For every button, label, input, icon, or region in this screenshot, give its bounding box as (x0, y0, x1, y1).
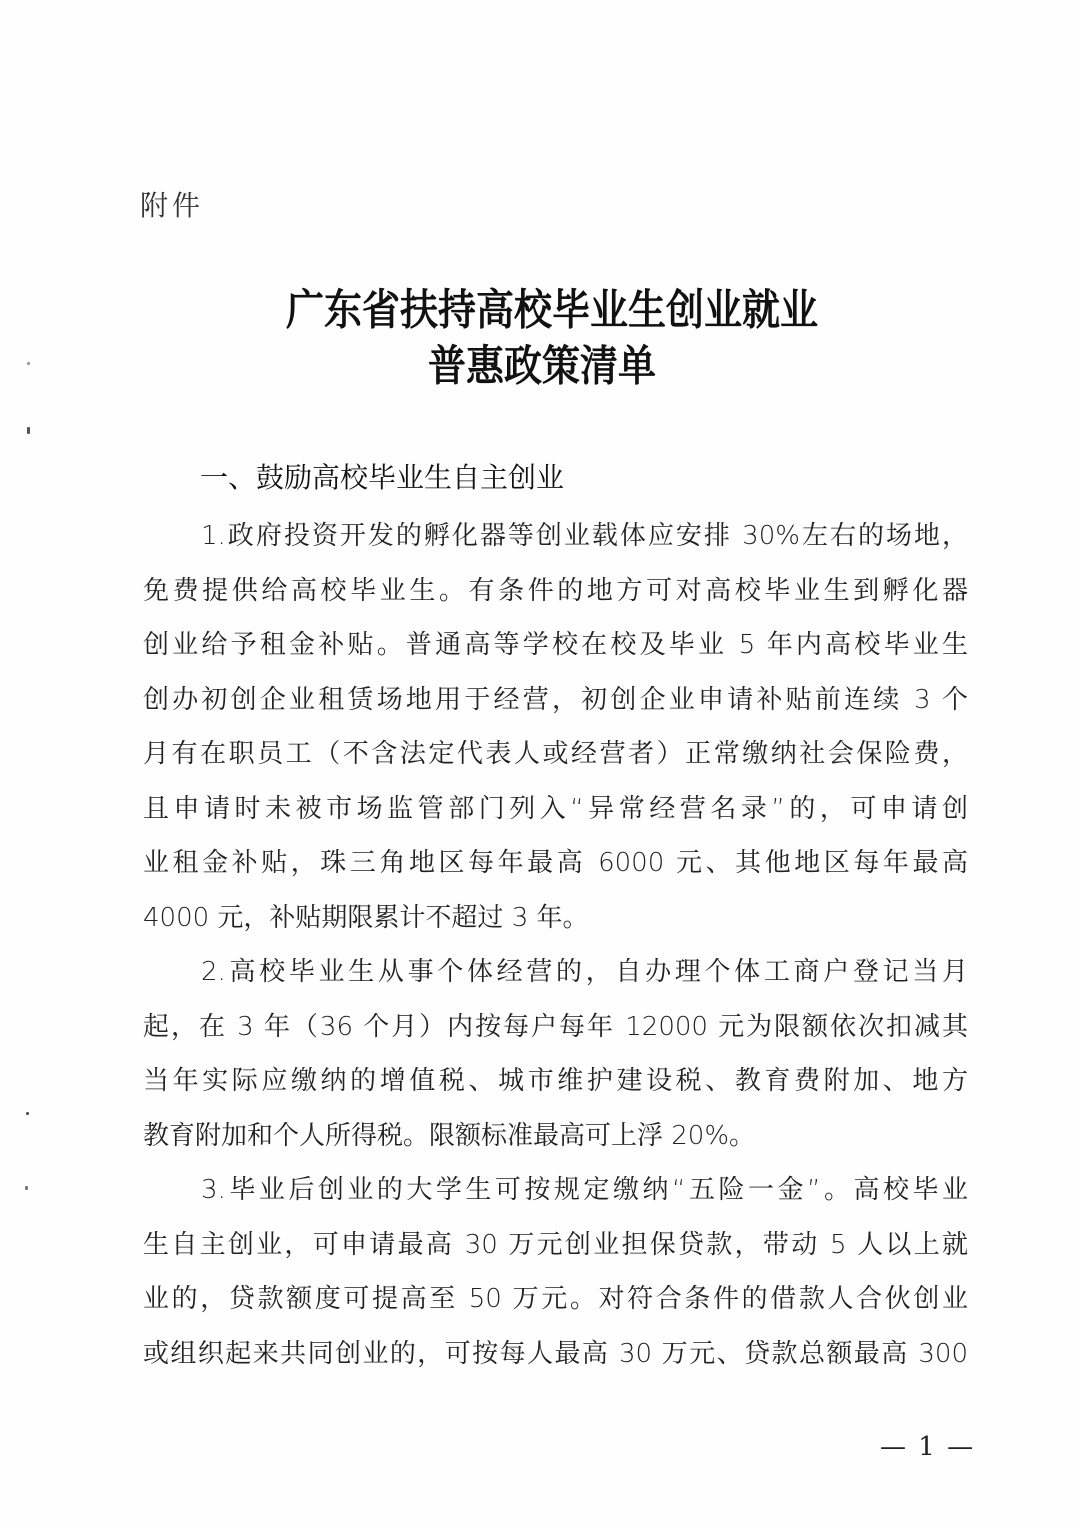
paragraph-line: 免费提供给高校毕业生。有条件的地方可对高校毕业生到孵化器 (143, 564, 968, 619)
paragraph-line: 2.高校毕业生从事个体经营的，自办理个体工商户登记当月 (143, 945, 968, 1000)
paragraph-line: 起，在 3 年（36 个月）内按每户每年 12000 元为限额依次扣减其 (143, 1000, 968, 1055)
paragraph-line: 或组织起来共同创业的，可按每人最高 30 万元、贷款总额最高 300 (143, 1327, 968, 1382)
paragraph-2: 2.高校毕业生从事个体经营的，自办理个体工商户登记当月 起，在 3 年（36 个… (143, 945, 968, 1163)
paragraph-line: 业租金补贴，珠三角地区每年最高 6000 元、其他地区每年最高 (143, 836, 968, 891)
paragraph-line: 创办初创企业租赁场地用于经营，初创企业申请补贴前连续 3 个 (143, 673, 968, 728)
paragraph-line: 业的，贷款额度可提高至 50 万元。对符合条件的借款人合伙创业 (143, 1272, 968, 1327)
paragraph-line: 创业给予租金补贴。普通高等学校在校及毕业 5 年内高校毕业生 (143, 618, 968, 673)
attachment-label: 附件 (140, 184, 204, 224)
page-number: — 1 — (880, 1432, 975, 1462)
document-title-line-2: 普惠政策清单 (2, 335, 1080, 398)
paragraph-line: 当年实际应缴纳的增值税、城市维护建设税、教育费附加、地方 (143, 1054, 968, 1109)
paragraph-line: 4000 元，补贴期限累计不超过 3 年。 (143, 891, 968, 946)
paragraph-line: 教育附加和个人所得税。限额标准最高可上浮 20%。 (143, 1109, 968, 1164)
margin-mark (27, 427, 30, 434)
document-page: 附件 广东省扶持高校毕业生创业就业 普惠政策清单 一、鼓励高校毕业生自主创业 1… (0, 0, 1080, 1527)
paragraph-3: 3.毕业后创业的大学生可按规定缴纳“五险一金”。高校毕业 生自主创业，可申请最高… (143, 1163, 968, 1381)
paragraph-line: 月有在职员工（不含法定代表人或经营者）正常缴纳社会保险费， (143, 727, 968, 782)
paragraph-line: 且申请时未被市场监管部门列入“异常经营名录”的，可申请创 (143, 782, 968, 837)
paragraph-1: 1.政府投资开发的孵化器等创业载体应安排 30%左右的场地， 免费提供给高校毕业… (143, 509, 968, 945)
margin-mark (26, 1112, 29, 1115)
paragraph-line: 生自主创业，可申请最高 30 万元创业担保贷款，带动 5 人以上就 (143, 1218, 968, 1273)
paragraph-line: 3.毕业后创业的大学生可按规定缴纳“五险一金”。高校毕业 (143, 1163, 968, 1218)
paragraph-line: 1.政府投资开发的孵化器等创业载体应安排 30%左右的场地， (143, 509, 968, 564)
margin-mark (25, 1186, 28, 1190)
document-title-line-1: 广东省扶持高校毕业生创业就业 (12, 279, 1080, 342)
section-heading: 一、鼓励高校毕业生自主创业 (200, 458, 564, 498)
